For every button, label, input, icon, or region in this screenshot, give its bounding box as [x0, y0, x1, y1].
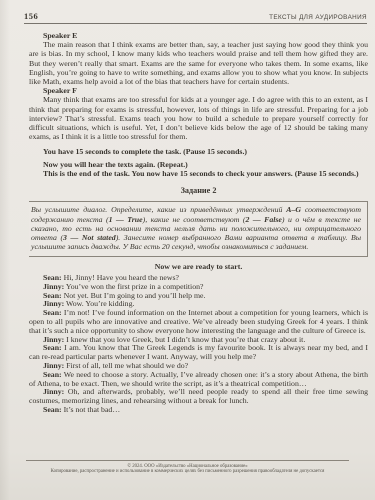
dialogue-line: Sean: I’m not! I’ve found information on…: [29, 309, 368, 335]
footer-rule: [26, 460, 349, 461]
running-head-title: ТЕКСТЫ ДЛЯ АУДИРОВАНИЯ: [269, 14, 367, 21]
task-2-heading: Задание 2: [29, 186, 368, 195]
dialogue-speaker-name: Jinny:: [43, 335, 64, 344]
dialogue: Sean: Hi, Jinny! Have you heard the news…: [29, 274, 368, 415]
page-content: Speaker E The main reason that I think e…: [29, 31, 368, 415]
dialogue-speaker-name: Sean:: [43, 370, 62, 379]
page-footer: © 2024. ООО «Издательство «Национальное …: [0, 460, 375, 475]
speaker-e-heading: Speaker E: [29, 31, 368, 40]
dialogue-speaker-name: Sean:: [43, 405, 62, 414]
speaker-e-text: The main reason that I think exams are b…: [29, 40, 368, 86]
copyright-line-2: Копирование, распространение и использов…: [0, 469, 375, 475]
narrator-repeat-line: Now you will hear the texts again. (Repe…: [29, 160, 368, 169]
instruction-bold-segment: 1 — True: [109, 215, 143, 224]
dialogue-speaker-name: Sean:: [43, 308, 62, 317]
instruction-segment: Вы услышите диалог. Определите, какие из…: [31, 205, 286, 214]
page-header: 156 ТЕКСТЫ ДЛЯ АУДИРОВАНИЯ: [24, 0, 367, 24]
speaker-f-text: Many think that exams are too stressful …: [29, 95, 368, 141]
instruction-bold-segment: 3 — Not stated: [63, 233, 116, 242]
speaker-f-heading: Speaker F: [29, 86, 368, 95]
dialogue-speaker-name: Jinny:: [43, 299, 64, 308]
scanned-book-page: 156 ТЕКСТЫ ДЛЯ АУДИРОВАНИЯ Speaker E The…: [0, 0, 375, 500]
dialogue-speaker-name: Jinny:: [43, 387, 64, 396]
instruction-bold-segment: A–G: [286, 205, 301, 214]
page-number: 156: [24, 11, 38, 21]
dialogue-line: Sean: I am. You know that The Greek Lege…: [29, 344, 368, 362]
dialogue-speaker-name: Sean:: [43, 343, 62, 352]
ready-to-start-line: Now we are ready to start.: [29, 262, 368, 271]
task-instruction-text: Вы услышите диалог. Определите, какие из…: [31, 205, 361, 251]
narrator-pause-line: You have 15 seconds to complete the task…: [29, 147, 368, 156]
dialogue-line: Sean: It’s not that bad…: [29, 406, 368, 415]
dialogue-speaker-name: Sean:: [43, 291, 62, 300]
instruction-segment: ), какие не соответствуют (: [143, 215, 246, 224]
dialogue-speaker-name: Jinny:: [43, 361, 64, 370]
dialogue-line: Sean: We need to choose a story. Actuall…: [29, 371, 368, 389]
task-instruction-box: Вы услышите диалог. Определите, какие из…: [29, 201, 368, 256]
narrator-end-line: This is the end of the task. You now hav…: [29, 169, 368, 178]
dialogue-speaker-name: Jinny:: [43, 282, 64, 291]
instruction-bold-segment: 2 — False: [245, 215, 281, 224]
dialogue-speaker-name: Sean:: [43, 273, 62, 282]
dialogue-line: Jinny: Oh, and afterwards, probably, we’…: [29, 388, 368, 406]
